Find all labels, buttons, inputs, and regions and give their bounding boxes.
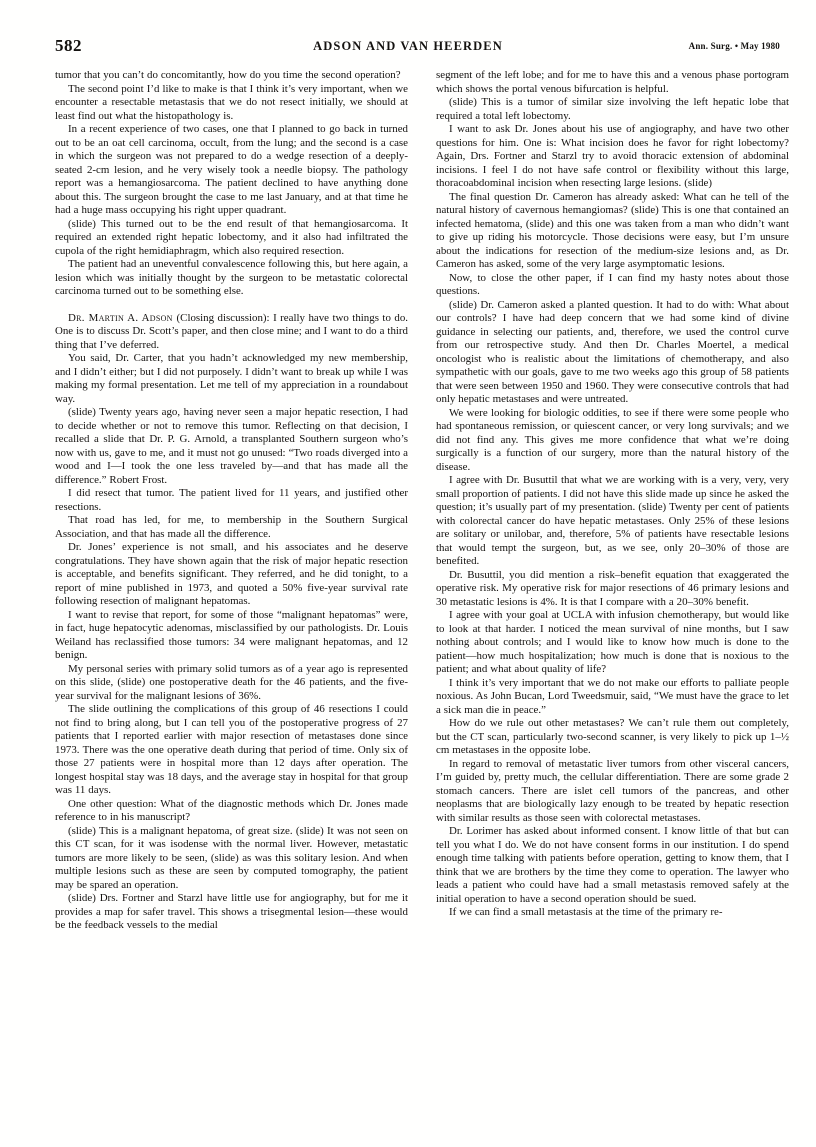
- paragraph: The patient had an uneventful convalesce…: [55, 258, 408, 299]
- paragraph: Dr. Busuttil, you did mention a risk–ben…: [436, 569, 789, 610]
- paragraph: (slide) Twenty years ago, having never s…: [55, 406, 408, 487]
- column-right: segment of the left lobe; and for me to …: [436, 69, 789, 933]
- journal-citation: Ann. Surg. • May 1980: [689, 41, 780, 51]
- column-left: tumor that you can’t do concomitantly, h…: [55, 69, 408, 933]
- paragraph: I agree with Dr. Busuttil that what we a…: [436, 474, 789, 569]
- journal-page: 582 ADSON AND VAN HEERDEN Ann. Surg. • M…: [0, 0, 816, 1147]
- paragraph: I did resect that tumor. The patient liv…: [55, 487, 408, 514]
- paragraph: I agree with your goal at UCLA with infu…: [436, 609, 789, 677]
- paragraph: (slide) Dr. Cameron asked a planted ques…: [436, 299, 789, 407]
- paragraph: I want to ask Dr. Jones about his use of…: [436, 123, 789, 191]
- paragraph: The second point I’d like to make is tha…: [55, 83, 408, 124]
- speaker-name: Dr. Martin A. Adson: [68, 312, 177, 324]
- paragraph: Dr. Martin A. Adson (Closing discussion)…: [55, 312, 408, 353]
- paragraph: How do we rule out other metastases? We …: [436, 717, 789, 758]
- paragraph: The final question Dr. Cameron has alrea…: [436, 191, 789, 272]
- paragraph: (slide) This is a malignant hepatoma, of…: [55, 825, 408, 893]
- paragraph: We were looking for biologic oddities, t…: [436, 407, 789, 475]
- paragraph: Dr. Lorimer has asked about informed con…: [436, 825, 789, 906]
- paragraph: Now, to close the other paper, if I can …: [436, 272, 789, 299]
- paragraph: segment of the left lobe; and for me to …: [436, 69, 789, 96]
- paragraph: In a recent experience of two cases, one…: [55, 123, 408, 218]
- paragraph: (slide) This is a tumor of similar size …: [436, 96, 789, 123]
- paragraph: (slide) This turned out to be the end re…: [55, 218, 408, 259]
- paragraph: If we can find a small metastasis at the…: [436, 906, 789, 920]
- paragraph: (slide) Drs. Fortner and Starzl have lit…: [55, 892, 408, 933]
- paragraph: tumor that you can’t do concomitantly, h…: [55, 69, 408, 83]
- paragraph: I want to revise that report, for some o…: [55, 609, 408, 663]
- paragraph: I think it’s very important that we do n…: [436, 677, 789, 718]
- page-header: 582 ADSON AND VAN HEERDEN Ann. Surg. • M…: [55, 36, 788, 60]
- paragraph: In regard to removal of metastatic liver…: [436, 758, 789, 826]
- paragraph: My personal series with primary solid tu…: [55, 663, 408, 704]
- paragraph: Dr. Jones’ experience is not small, and …: [55, 541, 408, 609]
- paragraph: The slide outlining the complications of…: [55, 703, 408, 798]
- paragraph: One other question: What of the diagnost…: [55, 798, 408, 825]
- paragraph: That road has led, for me, to membership…: [55, 514, 408, 541]
- running-title: ADSON AND VAN HEERDEN: [28, 39, 788, 54]
- article-body: tumor that you can’t do concomitantly, h…: [55, 69, 788, 933]
- paragraph: You said, Dr. Carter, that you hadn’t ac…: [55, 352, 408, 406]
